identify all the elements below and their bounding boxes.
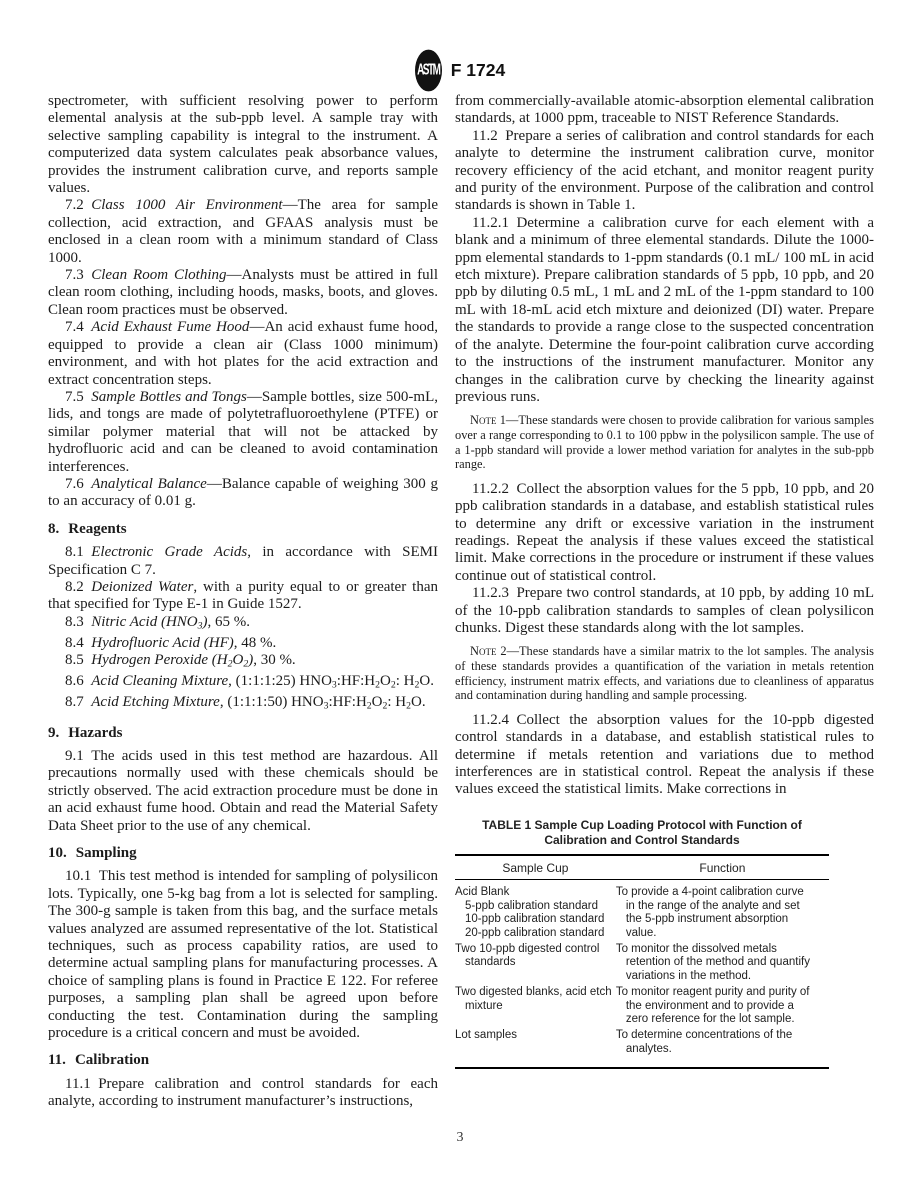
text-segment: Hydrogen Peroxide (H [91, 652, 227, 668]
text-segment: Acid Exhaust Fume Hood [91, 319, 249, 335]
table-1-col-header-function: Function [616, 861, 829, 875]
paragraph: 8.1 Electronic Grade Acids, in accordanc… [48, 544, 438, 579]
paragraph: 7.4 Acid Exhaust Fume Hood—An acid exhau… [48, 319, 438, 389]
text-segment: Nitric Acid (HNO [91, 614, 197, 630]
document-page: ASTM F 1724 spectrometer, with sufficien… [0, 0, 920, 1191]
paragraph: 8.2 Deionized Water, with a purity equal… [48, 579, 438, 614]
text-segment: Acid Etching Mixture [91, 694, 220, 710]
document-designation: F 1724 [451, 60, 505, 81]
text-segment: 8.5 [65, 652, 91, 668]
table-1: TABLE 1 Sample Cup Loading Protocol with… [455, 818, 829, 1069]
table-cell-line: Lot samples [455, 1029, 616, 1042]
table-1-title-line2: Calibration and Control Standards [466, 833, 818, 848]
paragraph: 11.2.3 Prepare two control standards, at… [455, 585, 874, 637]
paragraph: 8.5 Hydrogen Peroxide (H2O2), 30 %. [48, 652, 438, 673]
table-cell-line: variations in the method. [616, 970, 829, 983]
table-cell-line: Acid Blank [455, 886, 616, 899]
text-segment: 7.4 [65, 319, 91, 335]
function-cell: To monitor the dissolved metalsretention… [616, 943, 829, 983]
right-column-text: from commercially-available atomic-absor… [455, 93, 874, 799]
two-column-body: spectrometer, with sufficient resolving … [48, 93, 874, 1111]
table-cell-line: To monitor the dissolved metals [616, 943, 829, 956]
paragraph: 8.3 Nitric Acid (HNO3), 65 %. [48, 614, 438, 635]
table-row: Acid Blank5-ppb calibration standard10-p… [455, 886, 829, 940]
text-segment: , 30 %. [253, 652, 296, 668]
text-segment: 8.7 [65, 694, 91, 710]
table-row: Two 10-ppb digested controlstandardsTo m… [455, 943, 829, 983]
page-number: 3 [457, 1130, 464, 1145]
text-segment: 1—These standards were chosen to provide… [455, 413, 874, 471]
sample-cup-cell: Two 10-ppb digested controlstandards [455, 943, 616, 983]
text-segment: , 48 %. [234, 635, 277, 651]
note-paragraph: Note 2—These standards have a similar ma… [455, 644, 874, 702]
text-segment: Note [470, 413, 496, 427]
text-segment: 11.2.1 Determine a calibration curve for… [455, 215, 874, 405]
text-segment: 9.1 The acids used in this test method a… [48, 748, 438, 834]
text-segment: O [380, 673, 391, 689]
paragraph: 11.2.2 Collect the absorption values for… [455, 481, 874, 585]
text-segment: Analytical Balance [91, 476, 207, 492]
text-segment: 11.2.2 Collect the absorption values for… [455, 481, 874, 584]
paragraph: 7.3 Clean Room Clothing—Analysts must be… [48, 267, 438, 319]
table-cell-line: retention of the method and quantify [616, 956, 829, 969]
table-cell-line: Two 10-ppb digested control [455, 943, 616, 956]
function-cell: To monitor reagent purity and purity oft… [616, 986, 829, 1026]
table-cell-line: the environment and to provide a [616, 1000, 829, 1013]
text-segment: spectrometer, with sufficient resolving … [48, 93, 438, 196]
table-cell-line: To determine concentrations of the [616, 1029, 829, 1042]
section-title: Reagents [68, 521, 126, 537]
text-segment: Sample Bottles and Tongs [91, 389, 247, 405]
table-cell-line: Two digested blanks, acid etch [455, 986, 616, 999]
table-cell-line: mixture [455, 1000, 616, 1013]
text-segment: 11.2.3 Prepare two control standards, at… [455, 585, 874, 636]
note-paragraph: Note 1—These standards were chosen to pr… [455, 413, 874, 471]
table-cell-line: 20-ppb calibration standard [455, 927, 616, 940]
text-segment: , (1:1:1:50) HNO [220, 694, 324, 710]
section-title: Calibration [75, 1052, 149, 1068]
table-cell-line: standards [455, 956, 616, 969]
paragraph: 11.2.1 Determine a calibration curve for… [455, 215, 874, 406]
text-segment: O [372, 694, 383, 710]
text-segment: 7.3 [65, 267, 91, 283]
paragraph: 11.2 Prepare a series of calibration and… [455, 128, 874, 215]
paragraph: 7.6 Analytical Balance—Balance capable o… [48, 476, 438, 511]
paragraph: 11.1 Prepare calibration and control sta… [48, 1076, 438, 1111]
text-segment: O [232, 652, 243, 668]
function-cell: To provide a 4-point calibration curvein… [616, 886, 829, 940]
text-segment: 8.3 [65, 614, 91, 630]
paragraph: spectrometer, with sufficient resolving … [48, 93, 438, 197]
paragraph: 11.2.4 Collect the absorption values for… [455, 712, 874, 799]
text-segment: 7.2 [65, 197, 91, 213]
table-cell-line: the 5-ppb instrument absorption [616, 913, 829, 926]
text-segment: 7.6 [65, 476, 91, 492]
text-segment: : H [387, 694, 406, 710]
table-cell-line: analytes. [616, 1043, 829, 1056]
table-cell-line: To provide a 4-point calibration curve [616, 886, 829, 899]
paragraph: 9.1 The acids used in this test method a… [48, 748, 438, 835]
section-heading: 9.Hazards [48, 725, 438, 742]
table-cell-line: value. [616, 927, 829, 940]
text-segment: 8.6 [65, 673, 91, 689]
paragraph: 8.6 Acid Cleaning Mixture, (1:1:1:25) HN… [48, 673, 438, 694]
section-title: Sampling [76, 845, 137, 861]
table-row: Lot samplesTo determine concentrations o… [455, 1029, 829, 1056]
paragraph: 8.7 Acid Etching Mixture, (1:1:1:50) HNO… [48, 694, 438, 715]
text-segment: Clean Room Clothing [91, 267, 226, 283]
table-row: Two digested blanks, acid etchmixtureTo … [455, 986, 829, 1026]
section-heading: 8.Reagents [48, 521, 438, 538]
sample-cup-cell: Lot samples [455, 1029, 616, 1056]
text-segment: O. [411, 694, 426, 710]
text-segment: Note [470, 644, 496, 658]
table-cell-line: To monitor reagent purity and purity of [616, 986, 829, 999]
text-segment: :HF:H [337, 673, 375, 689]
text-segment: :HF:H [328, 694, 366, 710]
right-column: from commercially-available atomic-absor… [455, 93, 874, 1111]
text-segment: 8.4 [65, 635, 91, 651]
table-cell-line: 10-ppb calibration standard [455, 913, 616, 926]
table-1-title: TABLE 1 Sample Cup Loading Protocol with… [466, 818, 818, 848]
text-segment: 11.1 Prepare calibration and control sta… [48, 1076, 438, 1109]
text-segment: 7.5 [65, 389, 91, 405]
astm-logo-icon: ASTM [415, 50, 442, 92]
paragraph: 10.1 This test method is intended for sa… [48, 868, 438, 1042]
sample-cup-cell: Acid Blank5-ppb calibration standard10-p… [455, 886, 616, 940]
page-header: ASTM F 1724 [0, 57, 920, 84]
section-number: 9. [48, 725, 59, 741]
sample-cup-cell: Two digested blanks, acid etchmixture [455, 986, 616, 1026]
paragraph: 8.4 Hydrofluoric Acid (HF), 48 %. [48, 635, 438, 652]
section-heading: 10.Sampling [48, 845, 438, 862]
text-segment: , (1:1:1:25) HNO [228, 673, 332, 689]
text-segment: 8.1 [65, 544, 91, 560]
paragraph: 7.5 Sample Bottles and Tongs—Sample bott… [48, 389, 438, 476]
table-1-header-row: Sample Cup Function [455, 854, 829, 880]
text-segment: 11.2 Prepare a series of calibration and… [455, 128, 874, 214]
text-segment: 2—These standards have a similar matrix … [455, 644, 874, 702]
table-1-body: Acid Blank5-ppb calibration standard10-p… [455, 880, 829, 1069]
section-title: Hazards [68, 725, 122, 741]
section-number: 10. [48, 845, 67, 861]
text-segment: 8.2 [65, 579, 91, 595]
section-number: 11. [48, 1052, 66, 1068]
text-segment: Deionized Water [91, 579, 193, 595]
text-segment: Hydrofluoric Acid (HF) [91, 635, 233, 651]
table-cell-line: 5-ppb calibration standard [455, 900, 616, 913]
text-segment: O. [419, 673, 434, 689]
text-segment: 10.1 This test method is intended for sa… [48, 868, 438, 1041]
text-segment: 11.2.4 Collect the absorption values for… [455, 712, 874, 798]
table-cell-line: zero reference for the lot sample. [616, 1013, 829, 1026]
table-1-title-line1: TABLE 1 Sample Cup Loading Protocol with… [466, 818, 818, 833]
text-segment: Class 1000 Air Environment [91, 197, 282, 213]
text-segment: : H [396, 673, 415, 689]
paragraph: 7.2 Class 1000 Air Environment—The area … [48, 197, 438, 267]
text-segment: , 65 %. [208, 614, 251, 630]
section-number: 8. [48, 521, 59, 537]
page-footer: 3 [0, 1130, 920, 1146]
text-segment: from commercially-available atomic-absor… [455, 93, 874, 126]
table-cell-line: in the range of the analyte and set [616, 900, 829, 913]
section-heading: 11.Calibration [48, 1052, 438, 1069]
paragraph: from commercially-available atomic-absor… [455, 93, 874, 128]
function-cell: To determine concentrations of theanalyt… [616, 1029, 829, 1056]
left-column: spectrometer, with sufficient resolving … [48, 93, 438, 1111]
text-segment: Electronic Grade Acids [91, 544, 247, 560]
table-1-col-header-sample-cup: Sample Cup [455, 861, 616, 875]
text-segment: Acid Cleaning Mixture [91, 673, 228, 689]
